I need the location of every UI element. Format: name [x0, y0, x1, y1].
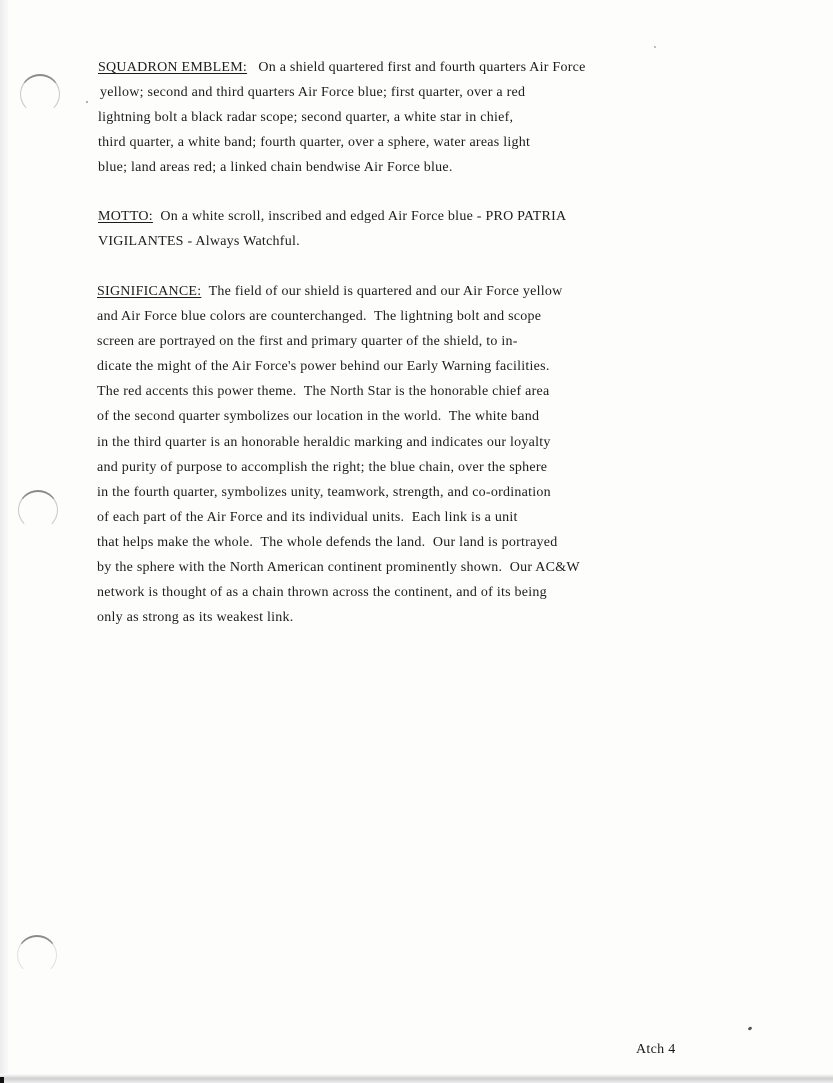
page-left-edge [0, 0, 8, 1083]
section-label: SQUADRON EMBLEM: [98, 60, 247, 75]
significance-section: SIGNIFICANCE: The field of our shield is… [97, 279, 747, 630]
punch-hole-mark [20, 74, 60, 114]
section-line: that helps make the whole. The whole def… [97, 530, 747, 555]
section-line: SQUADRON EMBLEM: On a shield quartered f… [98, 55, 748, 80]
ink-speck [748, 1026, 753, 1031]
scan-corner-mark [0, 1077, 4, 1083]
section-label: MOTTO: [98, 209, 153, 224]
ink-speck [86, 101, 88, 103]
punch-hole-mark [17, 935, 57, 975]
section-line: MOTTO: On a white scroll, inscribed and … [98, 204, 748, 229]
section-line: screen are portrayed on the first and pr… [97, 329, 747, 354]
section-line: network is thought of as a chain thrown … [97, 580, 747, 605]
attachment-label: Atch 4 [636, 1042, 676, 1058]
section-line: in the third quarter is an honorable her… [97, 430, 747, 455]
section-line: third quarter, a white band; fourth quar… [98, 130, 748, 155]
section-line: yellow; second and third quarters Air Fo… [100, 80, 748, 105]
squadron-emblem-section: SQUADRON EMBLEM: On a shield quartered f… [98, 55, 748, 180]
section-line: lightning bolt a black radar scope; seco… [98, 105, 748, 130]
section-line: in the fourth quarter, symbolizes unity,… [97, 480, 747, 505]
motto-section: MOTTO: On a white scroll, inscribed and … [98, 204, 748, 254]
section-line: VIGILANTES - Always Watchful. [98, 229, 748, 254]
section-line: only as strong as its weakest link. [97, 605, 747, 630]
ink-speck [654, 46, 656, 48]
section-line: of each part of the Air Force and its in… [97, 505, 747, 530]
section-line: SIGNIFICANCE: The field of our shield is… [97, 279, 747, 304]
section-line: blue; land areas red; a linked chain ben… [98, 155, 748, 180]
section-line: The red accents this power theme. The No… [97, 379, 747, 404]
page-bottom-edge [0, 1074, 833, 1083]
punch-hole-mark [18, 490, 58, 530]
section-line: of the second quarter symbolizes our loc… [97, 404, 747, 429]
section-line: dicate the might of the Air Force's powe… [97, 354, 747, 379]
section-label: SIGNIFICANCE: [97, 284, 201, 299]
section-line: and Air Force blue colors are countercha… [97, 304, 747, 329]
section-line: and purity of purpose to accomplish the … [97, 455, 747, 480]
section-line: by the sphere with the North American co… [97, 555, 747, 580]
